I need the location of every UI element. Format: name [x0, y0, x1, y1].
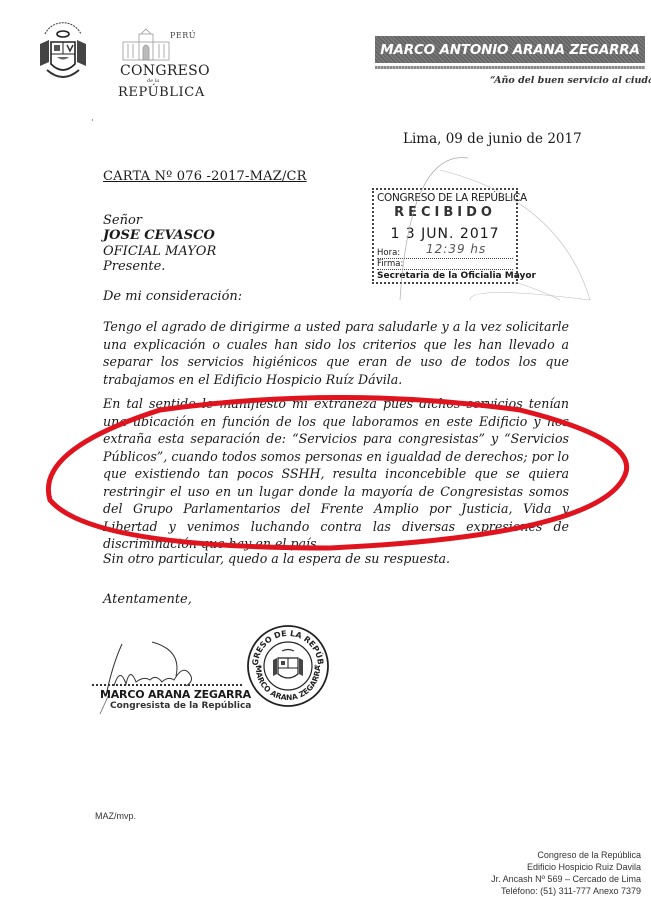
svg-text:*: * — [258, 664, 262, 672]
footer-line: Edificio Hospicio Ruiz Davila — [491, 861, 641, 873]
signatory-title: Congresista de la República — [110, 701, 251, 711]
banner-divider — [375, 66, 645, 69]
stamp-office: Secretaria de la Oficialia Mayor — [377, 271, 536, 281]
footer-line: Congreso de la República — [491, 849, 641, 861]
presente: Presente. — [103, 259, 165, 274]
salutation: Señor — [103, 213, 142, 228]
stamp-hora-handwritten: 12:39 hs — [426, 242, 486, 256]
opening-line: De mi consideración: — [103, 289, 242, 304]
footer-line: Teléfono: (51) 311-777 Anexo 7379 — [491, 885, 641, 897]
stamp-firma-label: Firma: — [377, 259, 513, 270]
recipient-name: JOSE CEVASCO — [103, 228, 215, 243]
country-label: PERÚ — [170, 31, 196, 40]
institution-line-1: CONGRESO — [120, 63, 210, 79]
closing: Atentamente, — [103, 592, 192, 607]
paragraph-3: Sin otro particular, quedo a la espera d… — [103, 550, 569, 568]
received-stamp: CONGRESO DE LA REPÚBLICA RECIBIDO 1 3 JU… — [372, 188, 518, 284]
stamp-institution: CONGRESO DE LA REPÚBLICA — [377, 192, 527, 204]
paragraph-1: Tengo el agrado de dirigirme a usted par… — [103, 318, 569, 388]
paragraph-2: En tal sentido le manifiesto mi extrañez… — [103, 395, 569, 553]
congress-logo: PERÚ CONGRESO de la REPÚBLICA — [33, 14, 168, 90]
typist-initials: MAZ/mvp. — [95, 811, 136, 821]
letter-reference: CARTA Nº 076 -2017-MAZ/CR — [103, 169, 307, 184]
footer-address: Congreso de la República Edificio Hospic… — [491, 849, 641, 897]
coat-of-arms-icon — [37, 22, 89, 88]
signatory-name: MARCO ARANA ZEGARRA — [100, 688, 251, 701]
year-motto: “Año del buen servicio al ciudadan — [490, 75, 651, 86]
svg-text:*: * — [314, 664, 318, 672]
stamp-status: RECIBIDO — [374, 205, 516, 220]
sender-name: MARCO ANTONIO ARANA ZEGARRA — [380, 42, 639, 58]
recipient-position: OFICIAL MAYOR — [103, 244, 216, 259]
scan-artifact: ‘ — [91, 118, 94, 127]
sender-banner: MARCO ANTONIO ARANA ZEGARRA — [375, 36, 645, 63]
stamp-date: 1 3 JUN. 2017 — [374, 226, 516, 242]
footer-line: Jr. Ancash Nº 569 – Cercado de Lima — [491, 873, 641, 885]
official-seal-icon: CONGRESO DE LA REPÚBLICA MARCO ARANA ZEG… — [246, 624, 330, 708]
signature-line — [92, 684, 242, 686]
institution-connector: de la — [147, 78, 159, 84]
institution-line-2: REPÚBLICA — [118, 85, 205, 100]
congress-building-icon — [121, 28, 171, 62]
letter-date: Lima, 09 de junio de 2017 — [403, 131, 582, 147]
